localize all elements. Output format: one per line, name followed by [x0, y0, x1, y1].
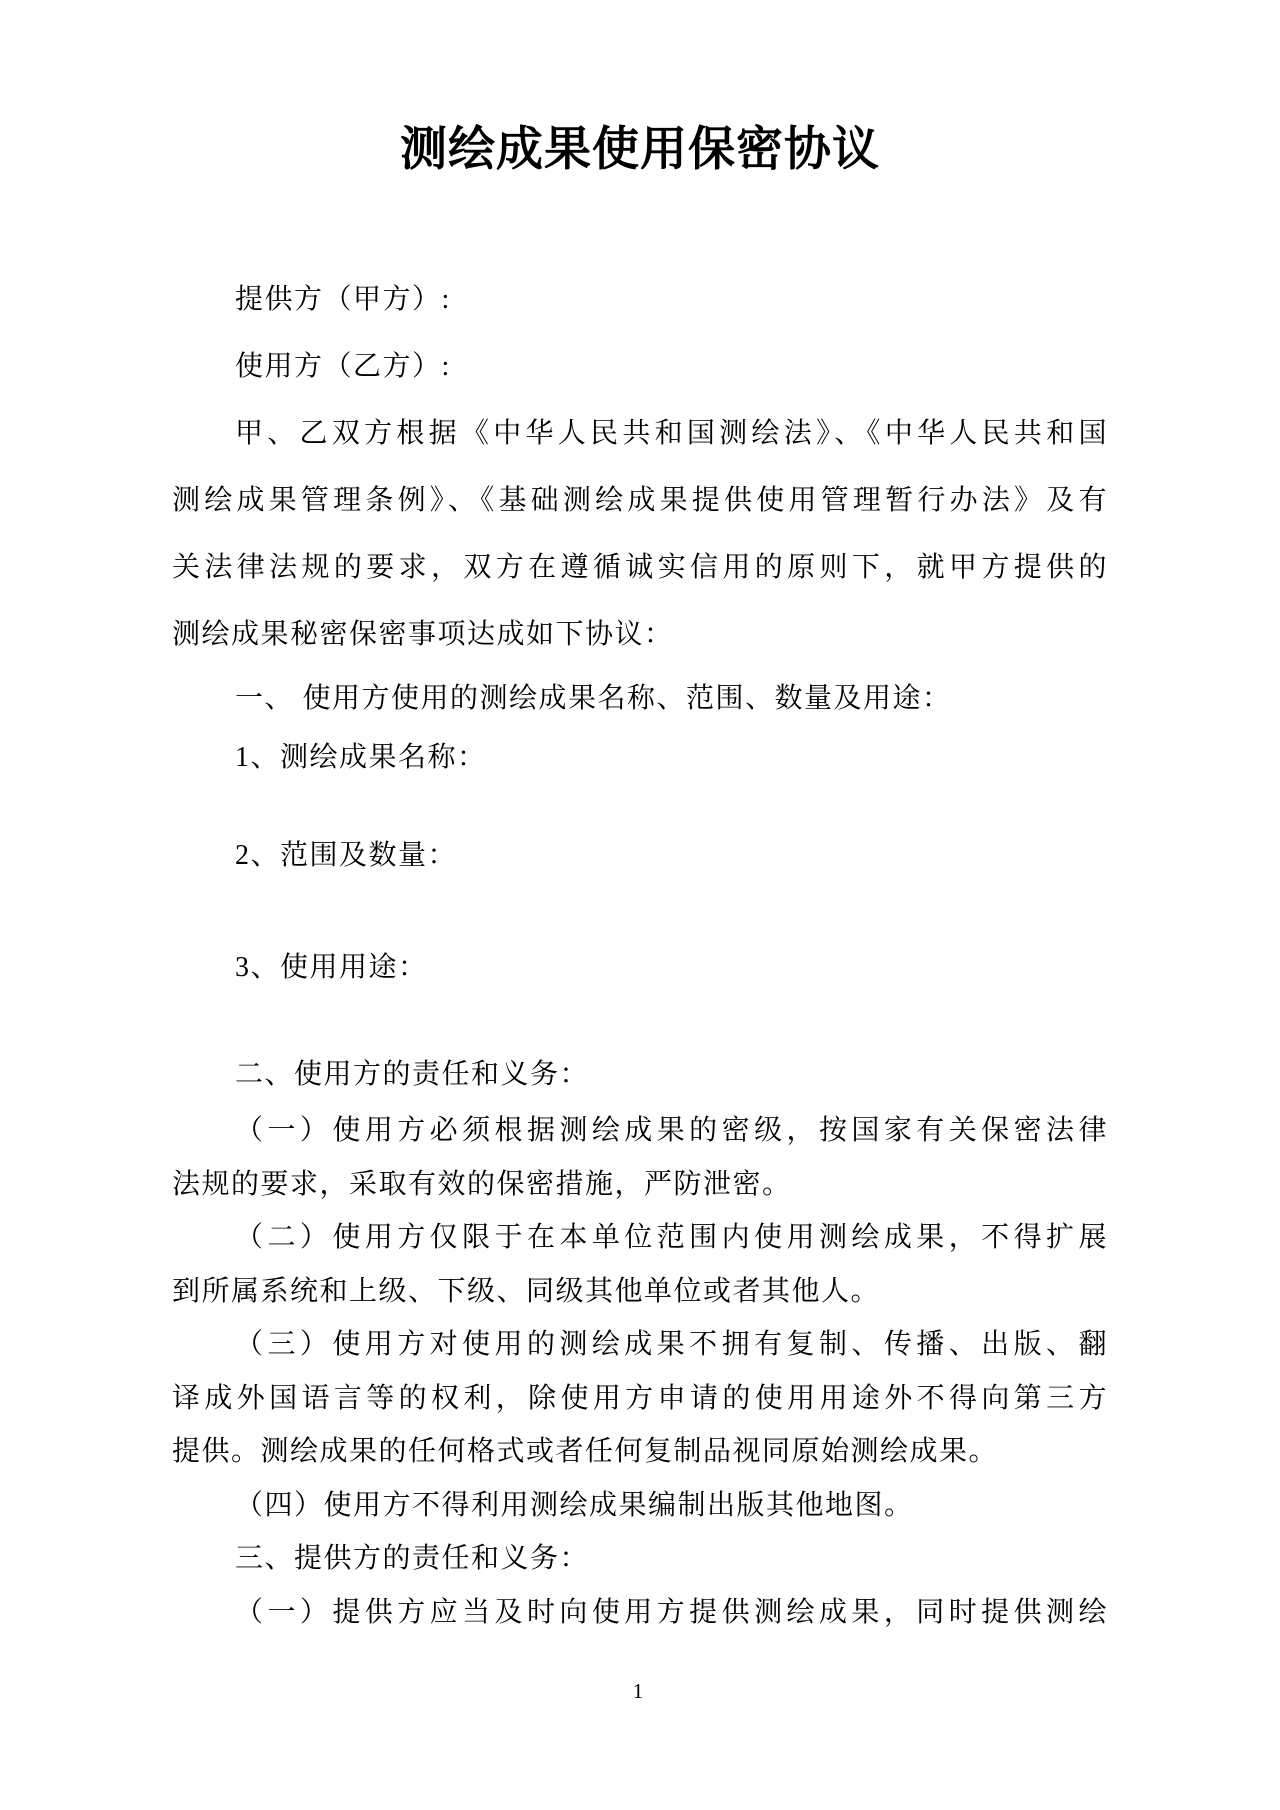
- item-1-label: 1、测绘成果名称：: [172, 730, 1108, 786]
- item-2-label: 2、范围及数量：: [172, 828, 1108, 884]
- party-b-line: 使用方（乙方）:: [172, 333, 1108, 400]
- item-3-label: 3、使用用途：: [172, 940, 1108, 996]
- preamble-line: 测绘成果秘密保密事项达成如下协议：: [172, 601, 1108, 668]
- clause-line: （一）提供方应当及时向使用方提供测绘成果，同时提供测绘: [172, 1586, 1108, 1640]
- document-page: 测绘成果使用保密协议 提供方（甲方）: 使用方（乙方）: 甲、乙双方根据《中华人…: [0, 0, 1280, 1810]
- clause-line: 提供。测绘成果的任何格式或者任何复制品视同原始测绘成果。: [172, 1425, 1108, 1479]
- preamble-line: 关法律法规的要求，双方在遵循诚实信用的原则下，就甲方提供的: [172, 534, 1108, 601]
- clause-line: （四）使用方不得利用测绘成果编制出版其他地图。: [172, 1479, 1108, 1533]
- page-number: 1: [0, 1678, 1276, 1704]
- clause-line: （一）使用方必须根据测绘成果的密级，按国家有关保密法律: [172, 1104, 1108, 1158]
- clause-line: 到所属系统和上级、下级、同级其他单位或者其他人。: [172, 1265, 1108, 1319]
- document-body: 提供方（甲方）: 使用方（乙方）: 甲、乙双方根据《中华人民共和国测绘法》、《中…: [172, 266, 1108, 1639]
- party-a-line: 提供方（甲方）:: [172, 266, 1108, 333]
- clause-line: （二）使用方仅限于在本单位范围内使用测绘成果，不得扩展: [172, 1211, 1108, 1265]
- section-one-heading: 一、 使用方使用的测绘成果名称、范围、数量及用途：: [172, 668, 1108, 730]
- document-title: 测绘成果使用保密协议: [0, 118, 1280, 180]
- preamble-line: 甲、乙双方根据《中华人民共和国测绘法》、《中华人民共和国: [172, 400, 1108, 467]
- clause-line: 译成外国语言等的权利，除使用方申请的使用用途外不得向第三方: [172, 1372, 1108, 1426]
- section-two-heading: 二、使用方的责任和义务：: [172, 1046, 1108, 1104]
- clause-line: 法规的要求，采取有效的保密措施，严防泄密。: [172, 1158, 1108, 1212]
- section-three-heading: 三、提供方的责任和义务：: [172, 1532, 1108, 1586]
- preamble-line: 测绘成果管理条例》、《基础测绘成果提供使用管理暂行办法》及有: [172, 467, 1108, 534]
- clause-line: （三）使用方对使用的测绘成果不拥有复制、传播、出版、翻: [172, 1318, 1108, 1372]
